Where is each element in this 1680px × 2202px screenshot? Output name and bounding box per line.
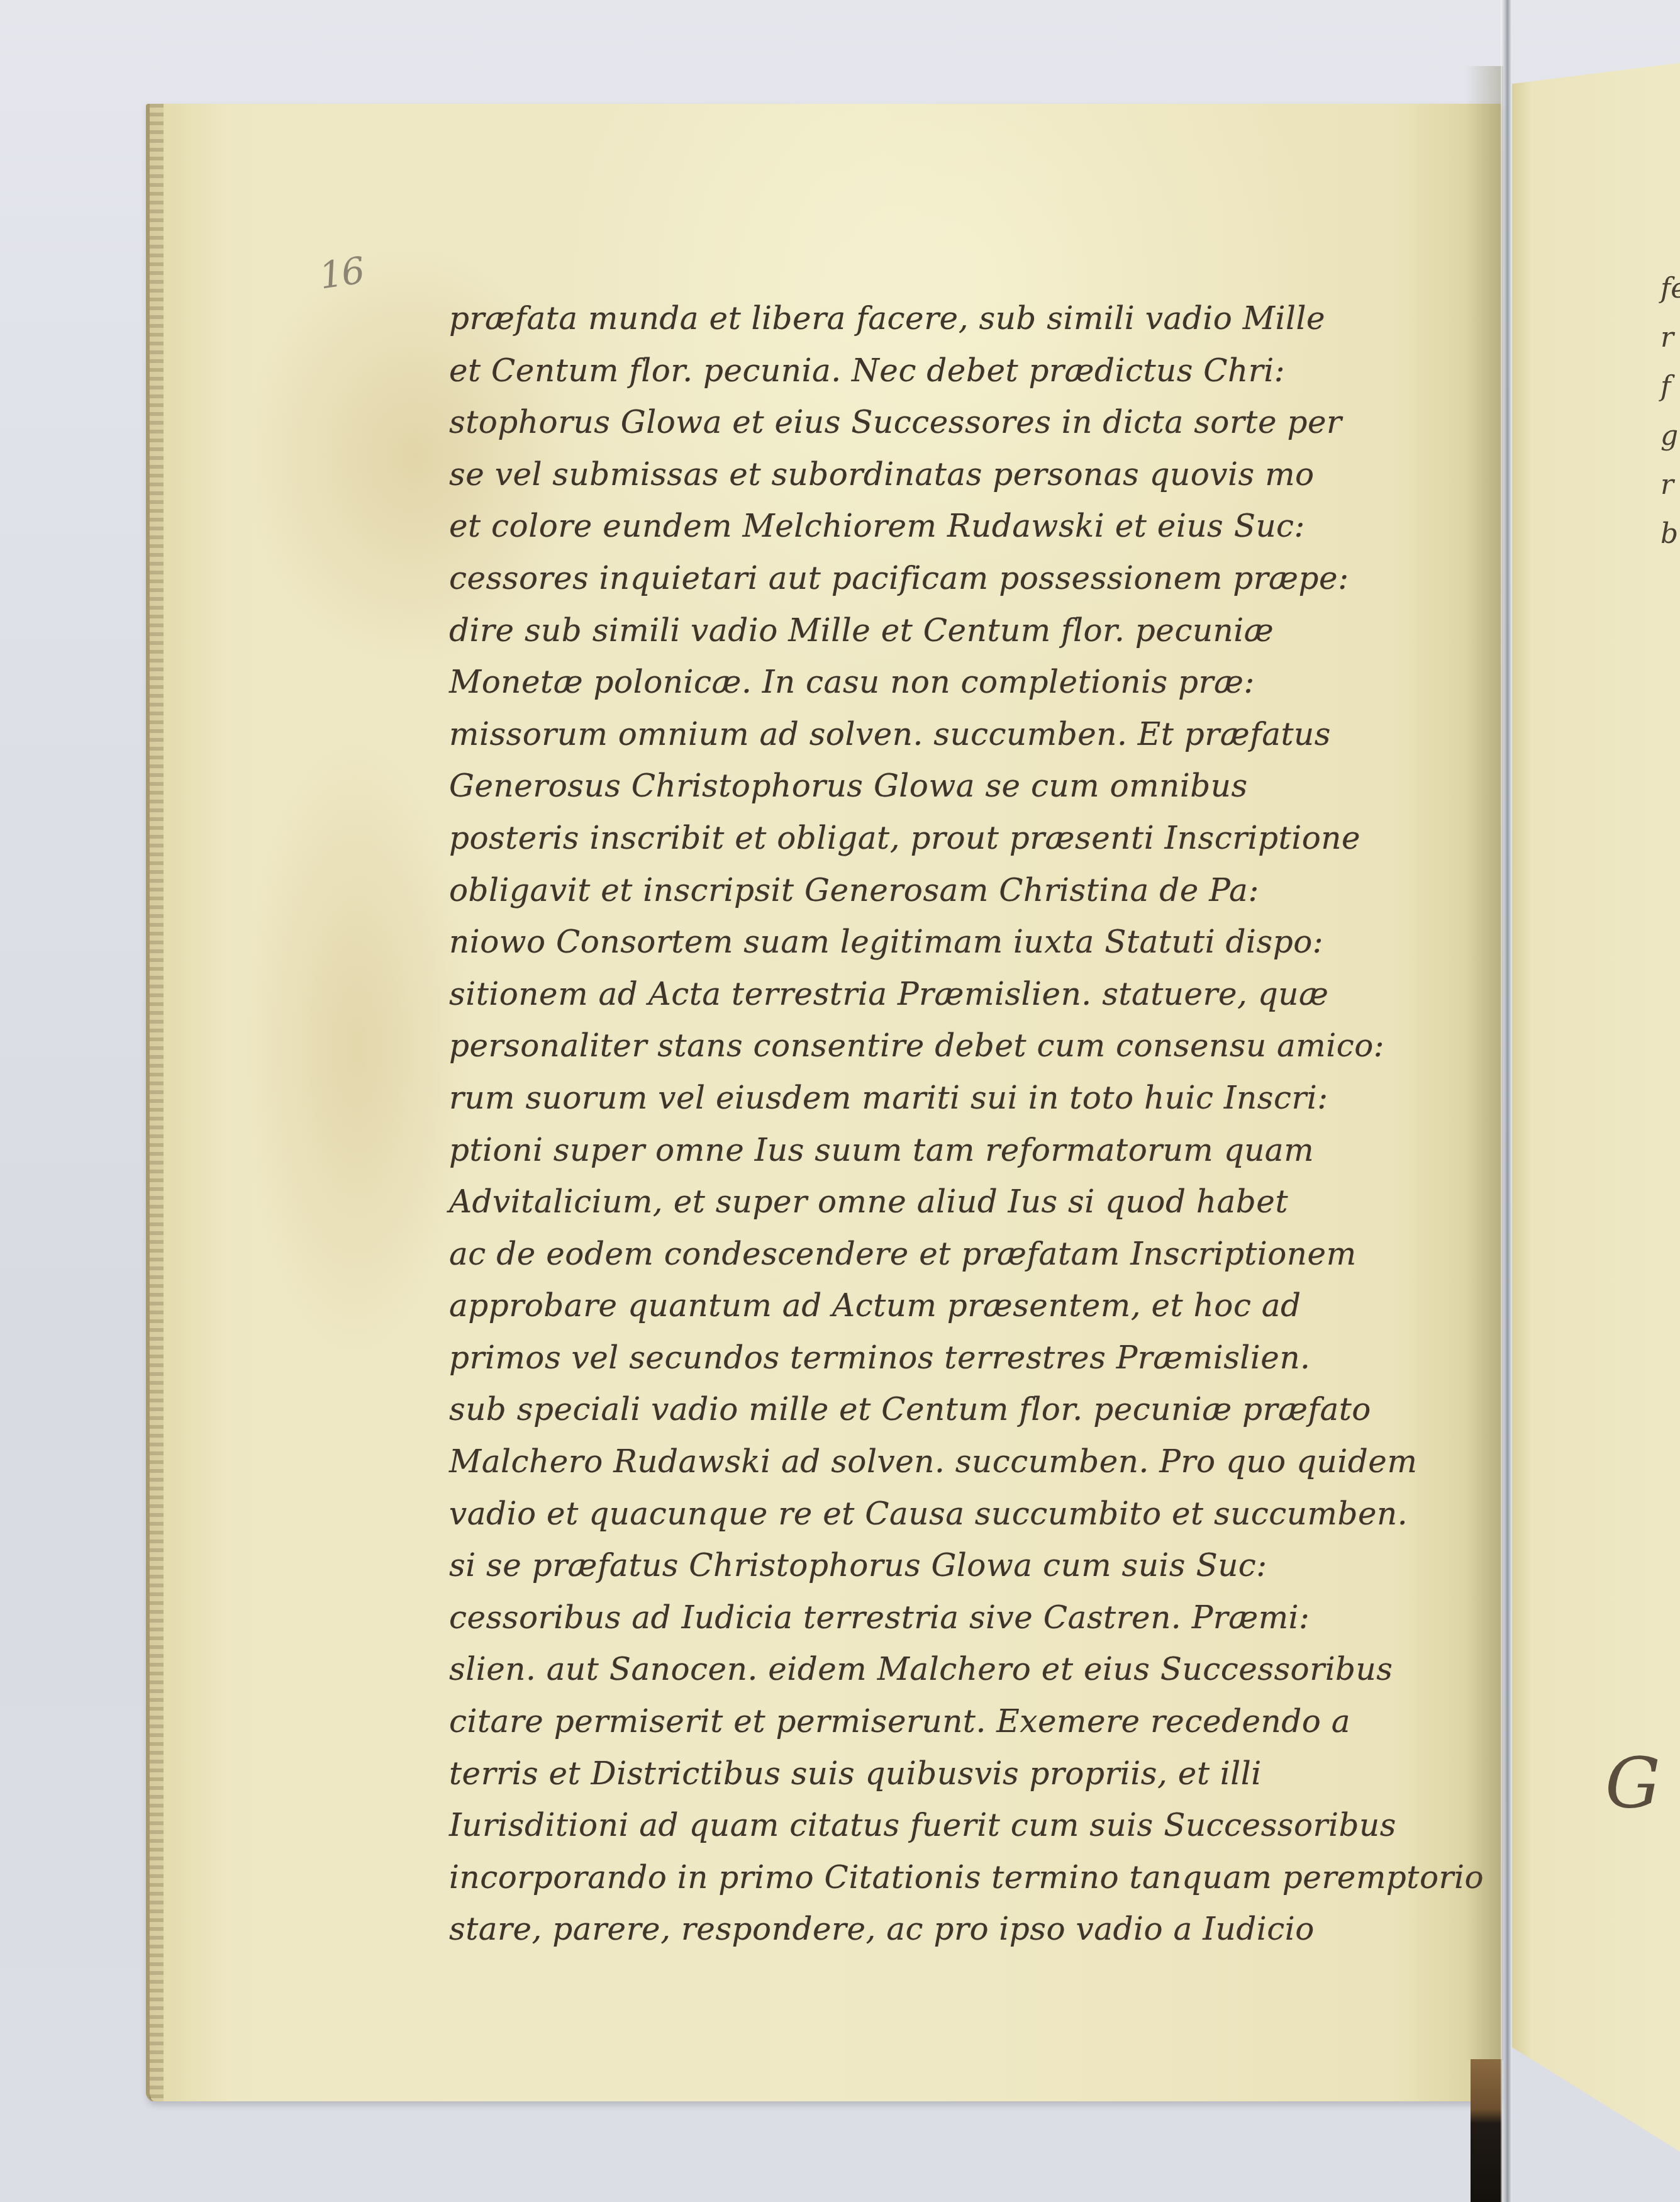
book-spine [1471, 2059, 1502, 2202]
text-line: primos vel secundos terminos terrestres … [449, 1332, 1481, 1384]
manuscript-text-block: præfata munda et libera facere, sub simi… [449, 293, 1481, 1955]
facing-fragment: r [1661, 461, 1680, 510]
folio-number: 16 [317, 249, 367, 297]
text-line: terris et Districtibus suis quibusvis pr… [449, 1748, 1481, 1800]
text-line: præfata munda et libera facere, sub simi… [449, 293, 1481, 345]
text-line: Iurisditioni ad quam citatus fuerit cum … [449, 1799, 1481, 1852]
text-line: stare, parere, respondere, ac pro ipso v… [449, 1903, 1481, 1955]
text-line: cessoribus ad Iudicia terrestria sive Ca… [449, 1592, 1481, 1644]
facing-fragment: g [1661, 411, 1680, 461]
facing-page-initial: G [1605, 1743, 1661, 1823]
text-line: rum suorum vel eiusdem mariti sui in tot… [449, 1072, 1481, 1124]
text-line: Advitalicium, et super omne aliud Ius si… [449, 1176, 1481, 1228]
text-line: sitionem ad Acta terrestria Præmislien. … [449, 968, 1481, 1020]
text-line: cessores inquietari aut pacificam posses… [449, 552, 1481, 605]
text-line: ac de eodem condescendere et præfatam In… [449, 1228, 1481, 1280]
text-line: Monetæ polonicæ. In casu non completioni… [449, 656, 1481, 708]
text-line: citare permiserit et permiserunt. Exemer… [449, 1696, 1481, 1748]
facing-fragment: f [1661, 362, 1680, 411]
facing-fragment: b [1661, 510, 1680, 559]
facing-fragment: fe [1661, 264, 1680, 313]
text-line: vadio et quacunque re et Causa succumbit… [449, 1488, 1481, 1540]
glass-weight-rod [1501, 0, 1512, 2202]
text-line: stophorus Glowa et eius Successores in d… [449, 396, 1481, 449]
text-line: ptioni super omne Ius suum tam reformato… [449, 1124, 1481, 1176]
manuscript-page: 16 præfata munda et libera facere, sub s… [146, 104, 1501, 2101]
text-line: et colore eundem Melchiorem Rudawski et … [449, 500, 1481, 552]
facing-page-text-fragments: fe r f g r b [1661, 264, 1680, 559]
text-line: niowo Consortem suam legitimam iuxta Sta… [449, 916, 1481, 968]
text-line: obligavit et inscripsit Generosam Christ… [449, 864, 1481, 917]
page-edge-wear [150, 104, 164, 2101]
gutter-shadow [1466, 66, 1503, 2060]
text-line: sub speciali vadio mille et Centum flor.… [449, 1383, 1481, 1436]
text-line: si se præfatus Christophorus Glowa cum s… [449, 1540, 1481, 1592]
text-line: posteris inscribit et obligat, prout præ… [449, 812, 1481, 864]
text-line: Generosus Christophorus Glowa se cum omn… [449, 760, 1481, 812]
text-line: missorum omnium ad solven. succumben. Et… [449, 708, 1481, 761]
text-line: se vel submissas et subordinatas persona… [449, 449, 1481, 501]
facing-fragment: r [1661, 313, 1680, 362]
text-line: approbare quantum ad Actum præsentem, et… [449, 1280, 1481, 1332]
facing-page [1512, 63, 1680, 2152]
text-line: personaliter stans consentire debet cum … [449, 1020, 1481, 1072]
text-line: slien. aut Sanocen. eidem Malchero et ei… [449, 1643, 1481, 1696]
text-line: Malchero Rudawski ad solven. succumben. … [449, 1436, 1481, 1488]
text-line: incorporando in primo Citationis termino… [449, 1852, 1481, 1904]
text-line: dire sub simili vadio Mille et Centum fl… [449, 605, 1481, 657]
text-line: et Centum flor. pecunia. Nec debet prædi… [449, 345, 1481, 397]
